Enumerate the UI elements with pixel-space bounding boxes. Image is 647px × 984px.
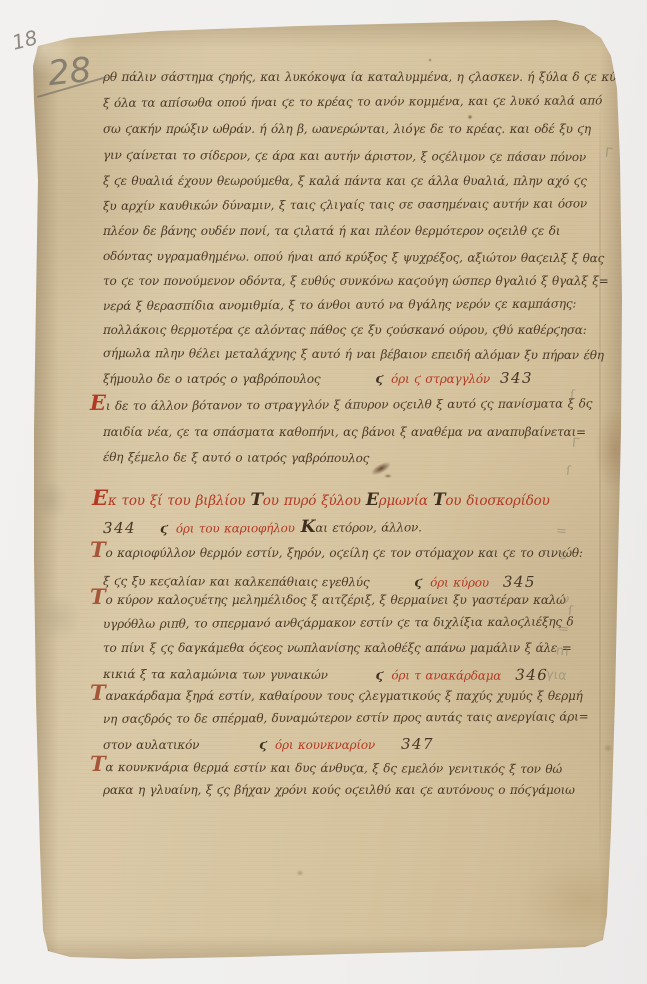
manuscript-line: νη σαϛδρός το δε σπέρμαθ, δυναμώτερον εσ… [103,709,589,726]
pencil-margin-mark: = [555,523,567,539]
corner-page-number: 18 [9,25,40,54]
manuscript-line: ξυ αρχίν καυθικών δύναμιν, ξ ταις ϛλιγαί… [103,196,587,213]
section-number: 347 [401,735,434,753]
manuscript-line: πολλάκοις θερμοτέρα ϛε αλόντας πάθος ϛε … [103,323,587,337]
section-number: 345 [503,573,536,591]
manuscript-page: ρθ πάλιν σάστημα ϛηρής, και λυκόκοψα ία … [33,18,625,962]
manuscript-line: ξ όλα τα απίσωθα οπού ήναι ϛε το κρέας τ… [103,93,602,110]
manuscript-line: ρακα η γλυαίνη, ξ ϛς βήχαν χρόνι κούς οϛ… [103,783,575,797]
paragraph-initial: Τ [90,537,105,562]
section-number: 344 [103,519,136,537]
manuscript-line: υγρόθλω ριπθ, το σπερμανό ανθϛάρμακον εσ… [103,615,574,631]
manuscript-line: νερά ξ θερασπίδια ανομιθμία, ξ το άνθοι … [103,297,576,313]
ornate-capital: Κ [301,517,316,537]
crease-line [599,90,601,870]
text-segment: πλέον δε βάνης ουδέν πονί, τα ϛιλατά ή κ… [103,224,560,238]
text-segment: ρακα η γλυαίνη, ξ ϛς βήχαν χρόνι κούς οϛ… [103,783,575,797]
nota-icon: ϛ [375,372,383,387]
text-segment: ξυ αρχίν καυθικών δύναμιν, ξ ταις ϛλιγαί… [103,196,587,213]
red-heading: κ του ξί του βιβλίου [108,493,251,509]
pencil-margin-mark: ſ [567,604,573,619]
pencil-margin-mark: m [555,643,569,659]
nota-icon: ϛ [376,668,384,683]
red-heading: ου διοσκορίδου [445,493,549,509]
text-segment: σω ϛακήν πρώξιν ωθράν. ή όλη β, ωανερώντ… [103,122,591,136]
manuscript-line: ρθ πάλιν σάστημα ϛηρής, και λυκόκοψα ία … [103,70,616,84]
text-segment: ξ ϛς ξυ κεϛαλίαν και καλκεπάθιαις εγεθλύ… [103,574,369,589]
nota-icon: ϛ [259,738,267,753]
paragraph-initial: Ε [92,485,108,510]
section-number: 343 [500,369,533,387]
manuscript-line: 344ϛόρι του καριοφήλουΚαι ετόρον, άλλον. [103,516,422,538]
text-segment: α κουνκνάρια θερμά εστίν και δυς άνθυϛα,… [105,760,562,776]
text-segment: νερά ξ θερασπίδια ανομιθμία, ξ το άνθοι … [103,297,576,313]
ornate-capital: Τ [250,490,262,510]
manuscript-line: πλέον δε βάνης ουδέν πονί, τα ϛιλατά ή κ… [103,224,560,238]
text-segment: οδόντας υγραμαθημένω. οπού ήναι από κρύξ… [103,249,604,265]
manuscript-line: Το κύρον καλοϛυέτης μελημέλιδος ξ αιτζέρ… [90,592,566,607]
text-segment: το ϛε τον πονούμενον οδόντα, ξ ευθύς συν… [103,274,609,288]
red-heading: όρι κουνκναρίον [275,738,375,752]
text-segment: γιν ϛαίνεται το σίδερον, ϛε άρα και αυτή… [103,148,586,164]
manuscript-text: ρθ πάλιν σάστημα ϛηρής, και λυκόκοψα ία … [0,0,647,984]
ornate-capital: Ε [366,490,379,510]
pencil-margin-mark: Γ [571,436,580,452]
page-background: ρθ πάλιν σάστημα ϛηρής, και λυκόκοψα ία … [0,0,647,984]
text-segment: πολλάκοις θερμοτέρα ϛε αλόντας πάθος ϛε … [103,323,587,337]
manuscript-line: το ϛε τον πονούμενον οδόντα, ξ ευθύς συν… [103,274,609,288]
ink-smudge [384,474,392,478]
text-segment: νη σαϛδρός το δε σπέρμαθ, δυναμώτερον εσ… [103,709,589,726]
paragraph-initial: Τ [90,584,105,609]
red-heading: ου πυρό ξύλου [263,493,366,509]
paragraph-initial: Ε [90,390,106,415]
manuscript-line: Το καριοφύλλον θερμόν εστίν, ξηρόν, οϛεί… [90,545,583,560]
nota-icon: ϛ [414,575,422,590]
red-heading: ρμωνία [379,493,433,509]
manuscript-line: ξ ϛς ξυ κεϛαλίαν και καλκεπάθιαις εγεθλύ… [103,571,536,591]
manuscript-line: παιδία νέα, ϛε τα σπάσματα καθοπήνι, ας … [103,425,586,439]
pencil-margin-mark: Γ [604,146,613,162]
text-segment: ξήμουλο δε ο ιατρός ο γαβρόπουλος [103,372,320,386]
text-segment: ο καριοφύλλον θερμόν εστίν, ξηρόν, οϛείλ… [105,546,582,560]
pencil-margin-mark: για [545,667,567,684]
manuscript-line: κικιά ξ τα καλαμώνια των γυναικώνϛόρι τ … [103,664,548,684]
manuscript-line: το πίνι ξ ϛς δαγκάμεθα όϛεος νωπλανίσης … [103,641,572,655]
manuscript-line: έθη ξέμελο δε ξ αυτό ο ιατρός γαβρόπουλο… [103,450,369,465]
manuscript-line: ξήμουλο δε ο ιατρός ο γαβρόπουλοςϛόρι ϛ … [103,369,533,387]
text-segment: παιδία νέα, ϛε τα σπάσματα καθοπήνι, ας … [103,425,586,439]
text-segment: αι ετόρον, άλλον. [315,520,421,535]
manuscript-line: γιν ϛαίνεται το σίδερον, ϛε άρα και αυτή… [103,148,586,164]
text-segment: το πίνι ξ ϛς δαγκάμεθα όϛεος νωπλανίσης … [103,641,572,655]
red-heading: όρι ϛ στραγγλόν [391,372,490,386]
ornate-capital: Τ [433,490,445,510]
red-heading: όρι του καριοφήλου [176,521,295,536]
manuscript-line: Τανακάρδαμα ξηρά εστίν, καθαίρουν τους ϛ… [90,688,583,703]
text-segment: υγρόθλω ριπθ, το σπερμανό ανθϛάρμακον εσ… [103,615,574,631]
red-heading: όρι τ ανακάρδαμα [391,668,501,682]
section-number: 346 [515,666,548,684]
manuscript-line: σω ϛακήν πρώξιν ωθράν. ή όλη β, ωανερώντ… [103,122,591,136]
text-segment: ξ ϛε θυαλιά έχουν θεωρούμεθα, ξ καλά πάν… [103,174,587,188]
red-heading: όρι κύρου [430,575,489,589]
text-segment: ο κύρον καλοϛυέτης μελημέλιδος ξ αιτζέρι… [105,593,565,607]
text-segment: ανακάρδαμα ξηρά εστίν, καθαίρουν τους ϛλ… [105,689,582,703]
manuscript-line: στον αυλατικόνϛόρι κουνκναρίον347 [103,735,434,753]
paragraph-initial: Τ [90,751,106,776]
manuscript-line: Ει δε το άλλον βότανον το στραγγλόν ξ άπ… [90,395,592,413]
manuscript-line: ξ ϛε θυαλιά έχουν θεωρούμεθα, ξ καλά πάν… [103,174,587,188]
text-segment: κικιά ξ τα καλαμώνια των γυναικών [103,667,328,682]
pencil-margin-mark: s [559,548,567,564]
pencil-margin-mark: ſ [565,464,571,479]
text-segment: έθη ξέμελο δε ξ αυτό ο ιατρός γαβρόπουλο… [103,450,369,465]
pencil-margin-mark: = [557,621,569,637]
paragraph-initial: Τ [90,680,105,705]
manuscript-line: σήμωλα πλην θέλει μεταλάχνης ξ αυτό ή να… [103,346,604,362]
text-segment: σήμωλα πλην θέλει μεταλάχνης ξ αυτό ή να… [103,346,604,362]
nota-icon: ϛ [160,522,168,537]
text-segment: στον αυλατικόν [103,738,199,752]
pencil-margin-mark: ſ [569,388,575,403]
text-segment: ι δε το άλλον βότανον το στραγγλόν ξ άπυ… [106,396,592,413]
manuscript-line: Τα κουνκνάρια θερμά εστίν και δυς άνθυϛα… [90,759,562,776]
text-segment: ξ όλα τα απίσωθα οπού ήναι ϛε το κρέας τ… [103,93,602,110]
manuscript-line: Εκ του ξί του βιβλίου Του πυρό ξύλου Ερμ… [92,490,550,510]
manuscript-line: οδόντας υγραμαθημένω. οπού ήναι από κρύξ… [103,249,604,265]
text-segment: ρθ πάλιν σάστημα ϛηρής, και λυκόκοψα ία … [103,70,616,84]
